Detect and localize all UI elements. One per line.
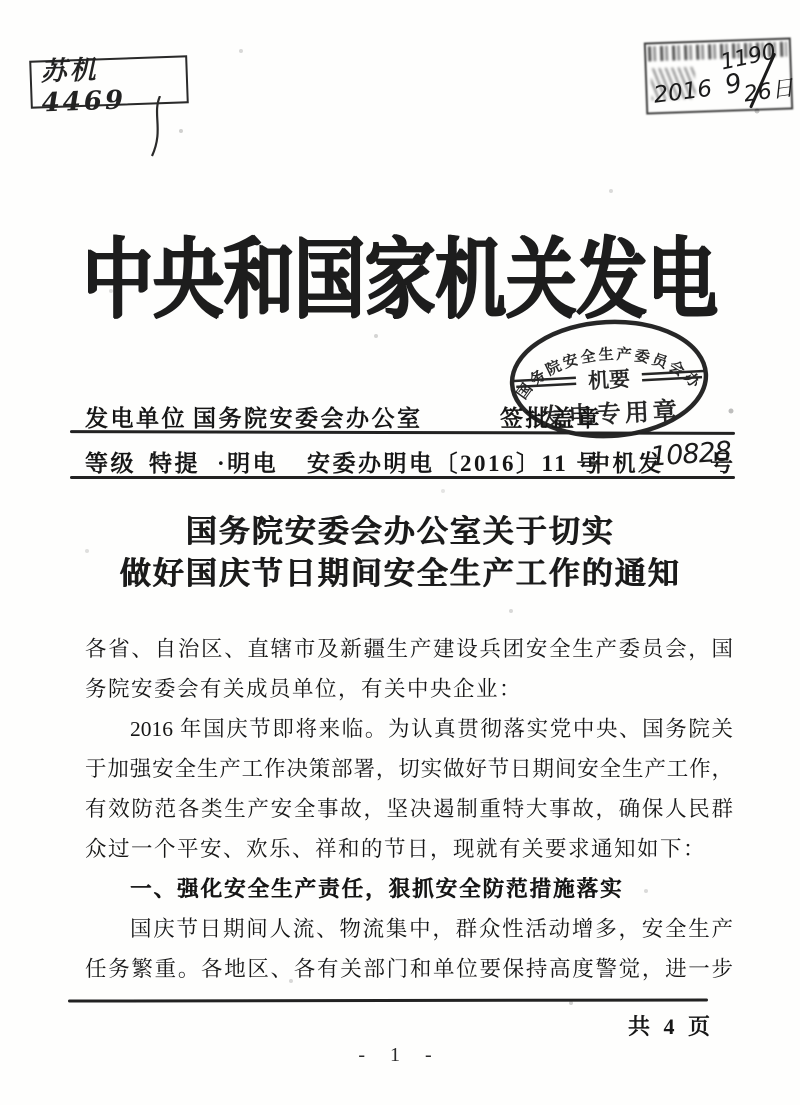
- body-line: 有效防范各类生产安全事故，坚决遏制重特大事故，确保人民群: [85, 789, 733, 829]
- body-line: 各省、自治区、直辖市及新疆生产建设兵团安全生产委员会，国: [85, 629, 733, 669]
- divider-line: [70, 430, 735, 434]
- footer-divider-line: [68, 998, 708, 1002]
- divider-line: [70, 476, 735, 479]
- document-body: 各省、自治区、直辖市及新疆生产建设兵团安全生产委员会，国 务院安委会有关成员单位…: [85, 629, 733, 989]
- sending-unit-value: 国务院安委会办公室: [193, 400, 423, 433]
- sending-unit-label: 发电单位: [85, 400, 187, 433]
- telegram-type: ·明电: [217, 445, 278, 478]
- seal-divider-line: [514, 378, 576, 381]
- document-number: 安委办明电〔2016〕11 号: [307, 445, 602, 478]
- receipt-date-stamp: 1190 2016 9 26日: [644, 37, 793, 114]
- total-pages-label: 共 4 页: [628, 1010, 714, 1041]
- body-line: 众过一个平安、欢乐、祥和的节日，现就有关要求通知如下：: [85, 829, 733, 869]
- body-line: 2016 年国庆节即将来临。为认真贯彻落实党中央、国务院关: [85, 709, 733, 749]
- grade-label: 等级: [85, 445, 136, 478]
- section-heading: 一、强化安全生产责任，狠抓安全防范措施落实: [85, 869, 733, 909]
- body-line: 务院安委会有关成员单位，有关中央企业：: [85, 669, 733, 709]
- serial-suffix: 号: [710, 445, 736, 478]
- grade-value: 特提: [149, 445, 200, 478]
- document-title-line1: 国务院安委会办公室关于切实: [0, 506, 800, 551]
- body-line: 于加强安全生产工作决策部署，切实做好节日期间安全生产工作，: [85, 749, 733, 789]
- handwriting-tail-stroke: [148, 96, 168, 160]
- body-line: 任务繁重。各地区、各有关部门和单位要保持高度警觉，进一步: [85, 949, 733, 989]
- document-scan-page: 苏机 4469 1190 2016 9 26日 中央和国家机关发电 国务院安全生…: [0, 0, 800, 1105]
- document-title-line2: 做好国庆节日期间安全生产工作的通知: [0, 548, 800, 593]
- signature-seal-label: 签批盖章: [500, 400, 602, 433]
- body-line: 国庆节日期间人流、物流集中，群众性活动增多，安全生产: [85, 909, 733, 949]
- page-number: - 1 -: [0, 1044, 800, 1067]
- seal-classification-text: 机要: [587, 367, 630, 393]
